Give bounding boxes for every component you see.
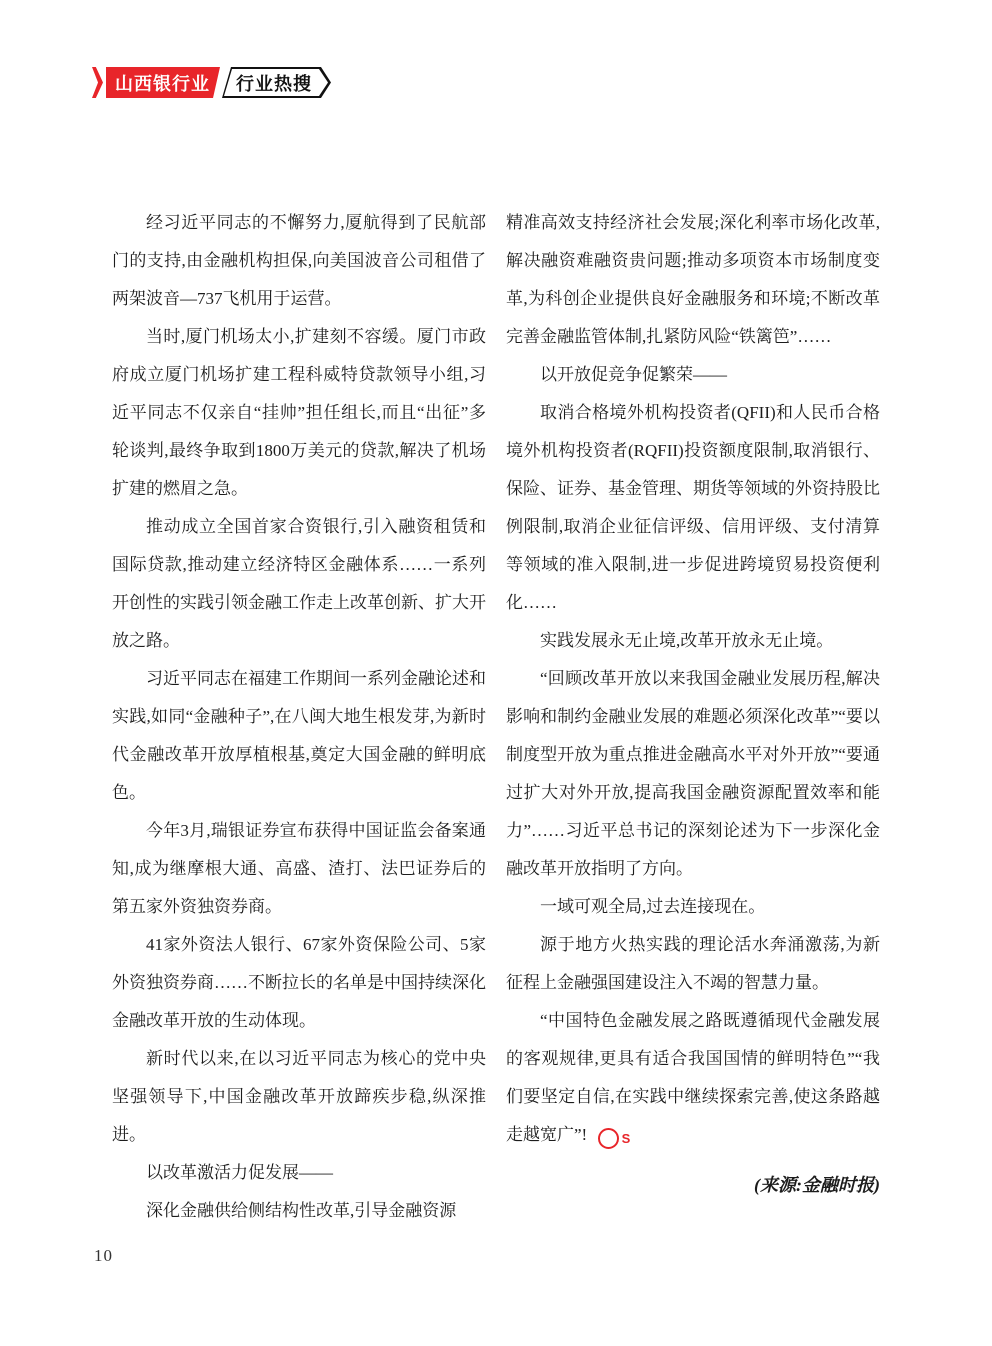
- paragraph: 深化金融供给侧结构性改革,引导金融资源: [112, 1192, 486, 1230]
- source-attribution: (来源:金融时报): [506, 1166, 880, 1204]
- chevron-icon: [92, 67, 103, 98]
- slogan-paragraph: 以开放促竞争促繁荣——: [506, 356, 880, 394]
- article-body: 经习近平同志的不懈努力,厦航得到了民航部门的支持,由金融机构担保,向美国波音公司…: [112, 204, 880, 1230]
- paragraph: 源于地方火热实践的理论活水奔涌激荡,为新征程上金融强国建设注入不竭的智慧力量。: [506, 926, 880, 1002]
- continuation-paragraph: 精准高效支持经济社会发展;深化利率市场化改革,解决融资难融资贵问题;推动多项资本…: [506, 204, 880, 356]
- paragraph: 当时,厦门机场太小,扩建刻不容缓。厦门市政府成立厦门机场扩建工程科威特贷款领导小…: [112, 318, 486, 508]
- column-badge-label: 行业热搜: [236, 70, 312, 96]
- page-number: 10: [94, 1246, 113, 1266]
- paragraph: 推动成立全国首家合资银行,引入融资租赁和国际贷款,推动建立经济特区金融体系……一…: [112, 508, 486, 660]
- closing-paragraph: “中国特色金融发展之路既遵循现代金融发展的客观规律,更具有适合我国国情的鲜明特色…: [506, 1002, 880, 1154]
- paragraph: “回顾改革开放以来我国金融业发展历程,解决影响和制约金融业发展的难题必须深化改革…: [506, 660, 880, 888]
- page-header: 山西银行业 行业热搜: [92, 67, 331, 98]
- paragraph: 经习近平同志的不懈努力,厦航得到了民航部门的支持,由金融机构担保,向美国波音公司…: [112, 204, 486, 318]
- paragraph: 新时代以来,在以习近平同志为核心的党中央坚强领导下,中国金融改革开放蹄疾步稳,纵…: [112, 1040, 486, 1154]
- column-badge: 行业热搜: [222, 67, 331, 98]
- series-badge-label: 山西银行业: [115, 70, 210, 96]
- paragraph: 一域可观全局,过去连接现在。: [506, 888, 880, 926]
- magazine-page: 山西银行业 行业热搜 经习近平同志的不懈努力,厦航得到了民航部门的支持,由金融机…: [0, 0, 992, 1346]
- publication-end-mark-icon: S: [598, 1128, 619, 1149]
- paragraph: 今年3月,瑞银证券宣布获得中国证监会备案通知,成为继摩根大通、高盛、渣打、法巴证…: [112, 812, 486, 926]
- right-column: 精准高效支持经济社会发展;深化利率市场化改革,解决融资难融资贵问题;推动多项资本…: [506, 204, 880, 1230]
- series-badge: 山西银行业: [106, 67, 220, 98]
- paragraph: 习近平同志在福建工作期间一系列金融论述和实践,如同“金融种子”,在八闽大地生根发…: [112, 660, 486, 812]
- paragraph: 取消合格境外机构投资者(QFII)和人民币合格境外机构投资者(RQFII)投资额…: [506, 394, 880, 622]
- paragraph: 实践发展永无止境,改革开放永无止境。: [506, 622, 880, 660]
- paragraph: 41家外资法人银行、67家外资保险公司、5家外资独资券商……不断拉长的名单是中国…: [112, 926, 486, 1040]
- column-badge-inner: 行业热搜: [224, 69, 328, 96]
- left-column: 经习近平同志的不懈努力,厦航得到了民航部门的支持,由金融机构担保,向美国波音公司…: [112, 204, 486, 1230]
- slogan-paragraph: 以改革激活力促发展——: [112, 1154, 486, 1192]
- closing-paragraph-text: “中国特色金融发展之路既遵循现代金融发展的客观规律,更具有适合我国国情的鲜明特色…: [506, 1011, 880, 1144]
